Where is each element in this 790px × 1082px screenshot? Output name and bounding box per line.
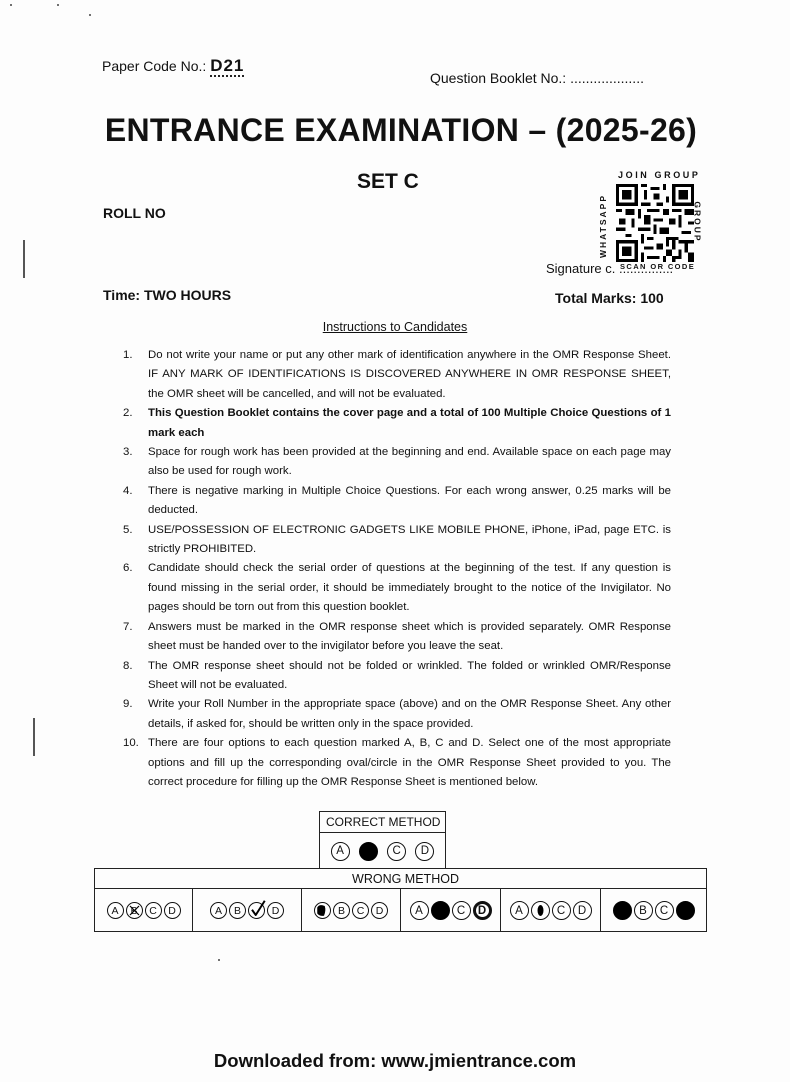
total-marks-label: Total Marks: 100: [555, 290, 664, 306]
omr-bubble-d-thick: D: [473, 901, 492, 920]
omr-bubble-d-empty: D: [371, 902, 388, 919]
omr-bubble-a-empty: A: [107, 902, 124, 919]
wrong-method-example: ABD: [193, 889, 302, 932]
instruction-item: 1.Do not write your name or put any othe…: [123, 346, 671, 404]
omr-bubble-c-empty: C: [452, 901, 471, 920]
instructions-heading: Instructions to Candidates: [0, 320, 790, 334]
omr-bubble-d-empty: D: [415, 842, 434, 861]
omr-bubble-c-empty: C: [655, 901, 674, 920]
omr-bubble-a-partial: [314, 902, 331, 919]
omr-bubble-c-empty: C: [145, 902, 162, 919]
instruction-number: 6.: [123, 559, 148, 617]
wrong-method-label: WRONG METHOD: [95, 869, 706, 889]
instruction-text: Answers must be marked in the OMR respon…: [148, 618, 671, 657]
wrong-method-table: WRONG METHOD ABCDABDBCDACDACDBC: [94, 868, 707, 932]
qr-top-text: JOIN GROUP: [618, 170, 701, 180]
scan-speck: [10, 4, 12, 6]
instruction-number: 5.: [123, 521, 148, 560]
qr-left-text-wrap: WHATSAPP: [596, 186, 610, 266]
wrong-method-example: BCD: [302, 889, 401, 932]
omr-bubble-d-empty: D: [267, 902, 284, 919]
instruction-item: 7.Answers must be marked in the OMR resp…: [123, 618, 671, 657]
instruction-item: 2.This Question Booklet contains the cov…: [123, 404, 671, 443]
instruction-number: 3.: [123, 443, 148, 482]
omr-bubble-c-empty: C: [552, 901, 571, 920]
time-label: Time: TWO HOURS: [103, 287, 231, 303]
instruction-item: 8.The OMR response sheet should not be f…: [123, 657, 671, 696]
instruction-text: There are four options to each question …: [148, 734, 671, 792]
wrong-method-example: BC: [601, 889, 706, 932]
roll-no-label: ROLL NO: [103, 205, 166, 221]
instruction-number: 9.: [123, 695, 148, 734]
paper-code: Paper Code No.: D21: [102, 56, 244, 76]
qr-right-text: GROUP: [693, 201, 703, 242]
instruction-text: This Question Booklet contains the cover…: [148, 404, 671, 443]
omr-bubble-b-filled: [431, 901, 450, 920]
instructions-heading-text: Instructions to Candidates: [323, 320, 468, 334]
omr-bubble-c-empty: C: [387, 842, 406, 861]
paper-code-value: D21: [210, 56, 244, 77]
instruction-number: 2.: [123, 404, 148, 443]
instruction-text: Candidate should check the serial order …: [148, 559, 671, 617]
scan-speck: [57, 4, 59, 6]
scan-speck: [89, 14, 91, 16]
instruction-number: 8.: [123, 657, 148, 696]
instructions-list: 1.Do not write your name or put any othe…: [123, 346, 671, 792]
instruction-item: 10.There are four options to each questi…: [123, 734, 671, 792]
wrong-method-examples: ABCDABDBCDACDACDBC: [95, 889, 706, 932]
omr-bubble-d-filled: [676, 901, 695, 920]
instruction-text: There is negative marking in Multiple Ch…: [148, 482, 671, 521]
wrong-method-example: ABCD: [95, 889, 193, 932]
whatsapp-qr-badge[interactable]: JOIN GROUP WHATSAPP GROUP SCAN OR CODE: [598, 170, 704, 272]
margin-mark: [23, 240, 25, 278]
signature-label: Signature c. ...............: [546, 261, 673, 276]
correct-method-bubbles: ACD: [320, 833, 445, 869]
qr-left-text: WHATSAPP: [598, 194, 608, 258]
download-source: Downloaded from: www.jmientrance.com: [0, 1050, 790, 1072]
instruction-text: Do not write your name or put any other …: [148, 346, 671, 404]
instruction-text: The OMR response sheet should not be fol…: [148, 657, 671, 696]
omr-bubble-b-empty: B: [634, 901, 653, 920]
instruction-item: 5.USE/POSSESSION OF ELECTRONIC GADGETS L…: [123, 521, 671, 560]
instruction-number: 10.: [123, 734, 148, 792]
set-label: SET C: [357, 170, 419, 194]
instruction-item: 6.Candidate should check the serial orde…: [123, 559, 671, 617]
wrong-method-example: ACD: [401, 889, 501, 932]
qr-right-text-wrap: GROUP: [692, 192, 704, 252]
instruction-item: 9.Write your Roll Number in the appropri…: [123, 695, 671, 734]
omr-bubble-a-filled: [613, 901, 632, 920]
omr-bubble-d-empty: D: [164, 902, 181, 919]
qr-code-icon: [616, 184, 694, 262]
instruction-number: 4.: [123, 482, 148, 521]
omr-bubble-b-crossed: B: [126, 902, 143, 919]
omr-bubble-a-empty: A: [510, 901, 529, 920]
omr-bubble-a-empty: A: [210, 902, 227, 919]
margin-mark: [33, 718, 35, 756]
correct-method-label: CORRECT METHOD: [320, 812, 445, 833]
instruction-text: USE/POSSESSION OF ELECTRONIC GADGETS LIK…: [148, 521, 671, 560]
omr-bubble-c-ticked: [248, 902, 265, 919]
scan-speck: [218, 959, 220, 961]
omr-bubble-a-empty: A: [410, 901, 429, 920]
omr-bubble-b-empty: B: [333, 902, 350, 919]
omr-bubble-b-oval-inner: [531, 901, 550, 920]
omr-bubble-b-empty: B: [229, 902, 246, 919]
instruction-item: 3.Space for rough work has been provided…: [123, 443, 671, 482]
instruction-text: Space for rough work has been provided a…: [148, 443, 671, 482]
instruction-number: 7.: [123, 618, 148, 657]
instruction-text: Write your Roll Number in the appropriat…: [148, 695, 671, 734]
omr-bubble-c-empty: C: [352, 902, 369, 919]
omr-bubble-d-empty: D: [573, 901, 592, 920]
instruction-number: 1.: [123, 346, 148, 404]
paper-code-label: Paper Code No.:: [102, 58, 206, 74]
page-title: ENTRANCE EXAMINATION – (2025-26): [0, 112, 790, 149]
omr-bubble-b-filled: [359, 842, 378, 861]
instruction-item: 4.There is negative marking in Multiple …: [123, 482, 671, 521]
omr-bubble-a-empty: A: [331, 842, 350, 861]
question-booklet-number: Question Booklet No.: ..................…: [430, 70, 644, 86]
correct-method-box: CORRECT METHOD ACD: [319, 811, 446, 868]
wrong-method-example: ACD: [501, 889, 601, 932]
